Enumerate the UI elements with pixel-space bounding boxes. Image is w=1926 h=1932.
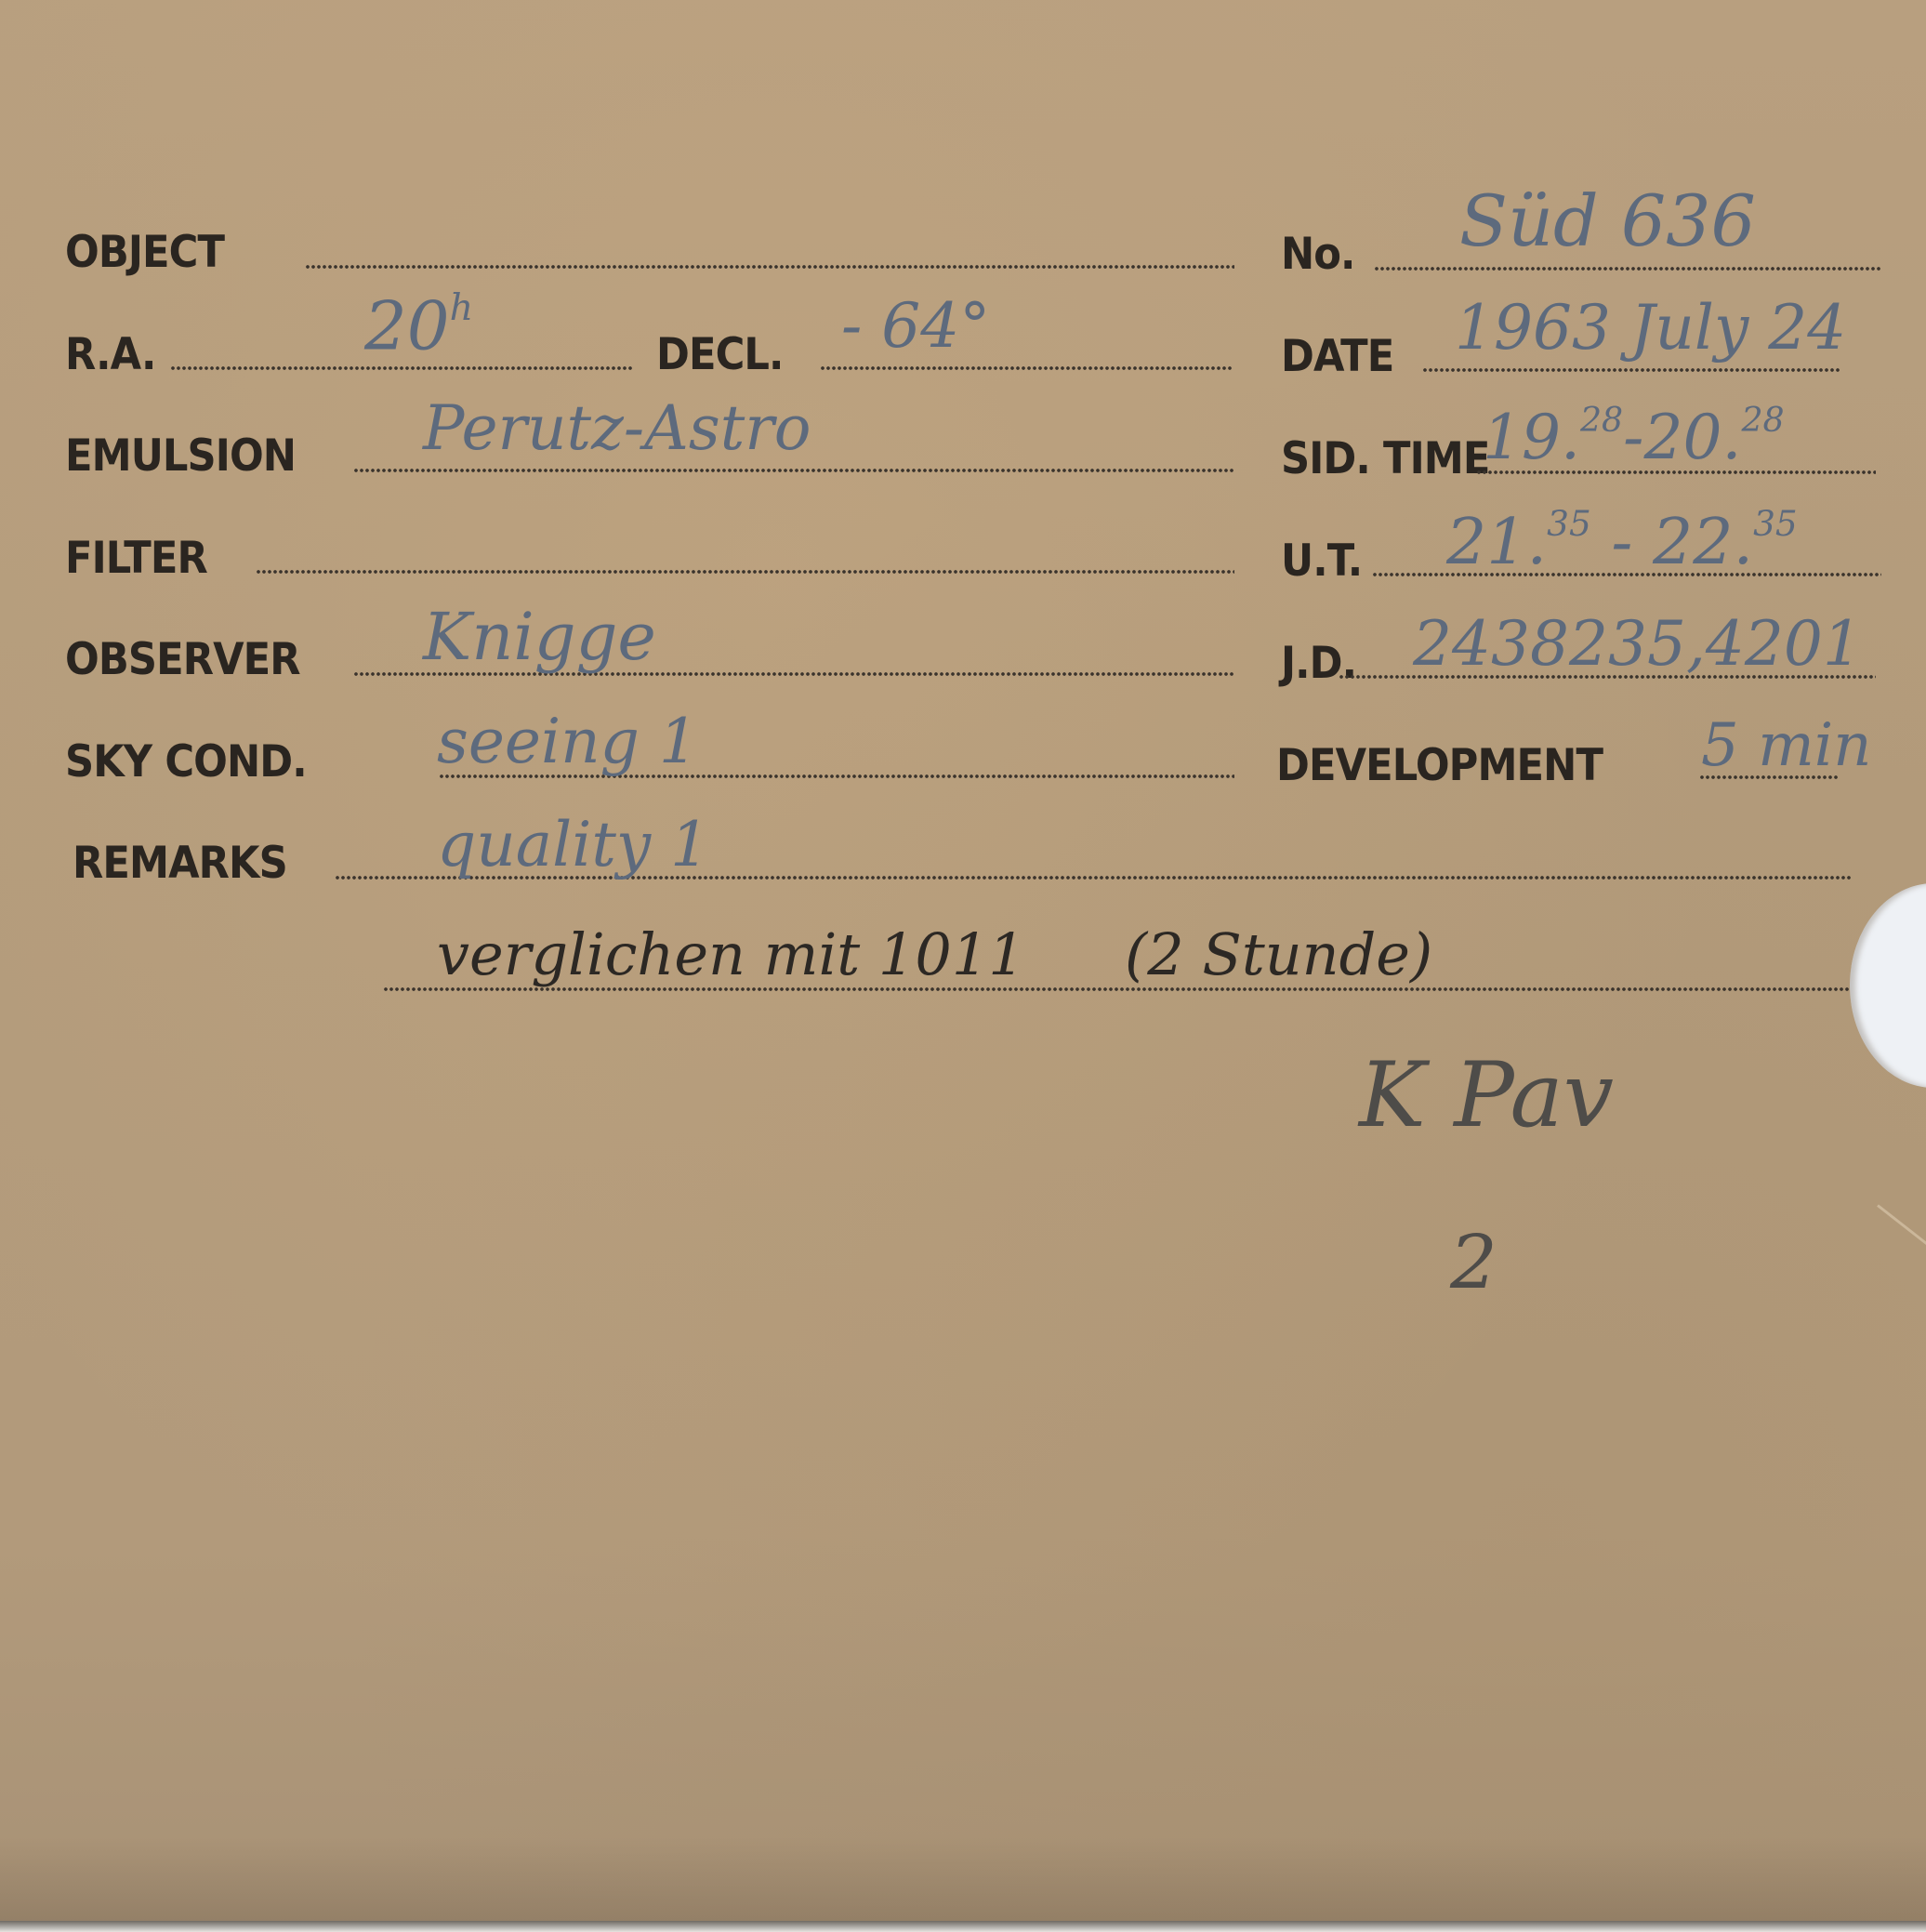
dotted-line-filter	[256, 569, 1234, 575]
label-object: OBJECT	[65, 231, 224, 274]
pencil-note-star-name: K Pav	[1359, 1051, 1614, 1140]
pencil-note-number: 2	[1450, 1225, 1497, 1300]
scan-bottom-edge	[0, 1921, 1926, 1932]
dotted-line-emulsion	[353, 468, 1234, 473]
value-sky-cond: seeing 1	[437, 711, 698, 773]
ut-start: 21.	[1446, 506, 1547, 579]
sid-time-start: 19.	[1483, 402, 1580, 473]
value-remarks-line2-paren: (2 Stunde)	[1125, 926, 1432, 984]
ut-start-min: 35	[1547, 503, 1591, 544]
label-emulsion: EMULSION	[65, 434, 296, 478]
value-ra-hours: 20	[364, 287, 450, 365]
value-date: 1963 July 24	[1455, 298, 1846, 359]
ut-end: 22.	[1653, 506, 1753, 579]
ut-separator: -	[1611, 506, 1632, 579]
value-jd: 2438235,4201	[1413, 614, 1862, 675]
label-observer: OBSERVER	[65, 638, 300, 681]
sid-time-separator: -	[1623, 402, 1643, 473]
value-ra: 20h	[364, 290, 473, 360]
value-sid-time: 19.28-20.28	[1483, 404, 1785, 469]
label-ut: U.T.	[1281, 539, 1362, 583]
label-no: No.	[1281, 232, 1355, 276]
value-ut: 21.35 - 22.35	[1446, 507, 1798, 575]
value-emulsion: Perutz-Astro	[423, 398, 811, 459]
plate-envelope: OBJECT R.A. 20h DECL. - 64° EMULSION Per…	[0, 0, 1926, 1921]
label-ra: R.A.	[65, 333, 156, 377]
label-date: DATE	[1281, 335, 1393, 378]
label-sid-time: SID. TIME	[1281, 437, 1489, 481]
label-decl: DECL.	[656, 333, 784, 377]
value-no: Süd 636	[1459, 186, 1756, 257]
value-observer: Knigge	[423, 604, 656, 669]
label-development: DEVELOPMENT	[1276, 744, 1603, 787]
label-remarks: REMARKS	[73, 841, 287, 885]
dotted-line-object	[305, 264, 1234, 270]
paper-tear	[1877, 1204, 1926, 1252]
value-remarks-line2: verglichen mit 1011	[437, 926, 1025, 984]
ut-end-min: 35	[1753, 503, 1798, 544]
dotted-line-decl	[820, 365, 1233, 371]
value-remarks-line1: quality 1	[437, 814, 709, 876]
dotted-line-no	[1374, 266, 1881, 271]
dotted-line-date	[1422, 367, 1840, 373]
thumb-notch-hole	[1850, 883, 1926, 1088]
label-filter: FILTER	[65, 536, 207, 580]
sid-time-start-min: 28	[1580, 400, 1623, 440]
value-ra-unit: h	[450, 286, 474, 329]
sid-time-end-min: 28	[1741, 400, 1784, 440]
dotted-line-ra	[170, 365, 633, 371]
value-decl: - 64°	[841, 296, 990, 357]
value-development: 5 min	[1701, 716, 1871, 775]
label-sky-cond: SKY COND.	[65, 740, 307, 784]
sid-time-end: 20.	[1643, 402, 1741, 473]
